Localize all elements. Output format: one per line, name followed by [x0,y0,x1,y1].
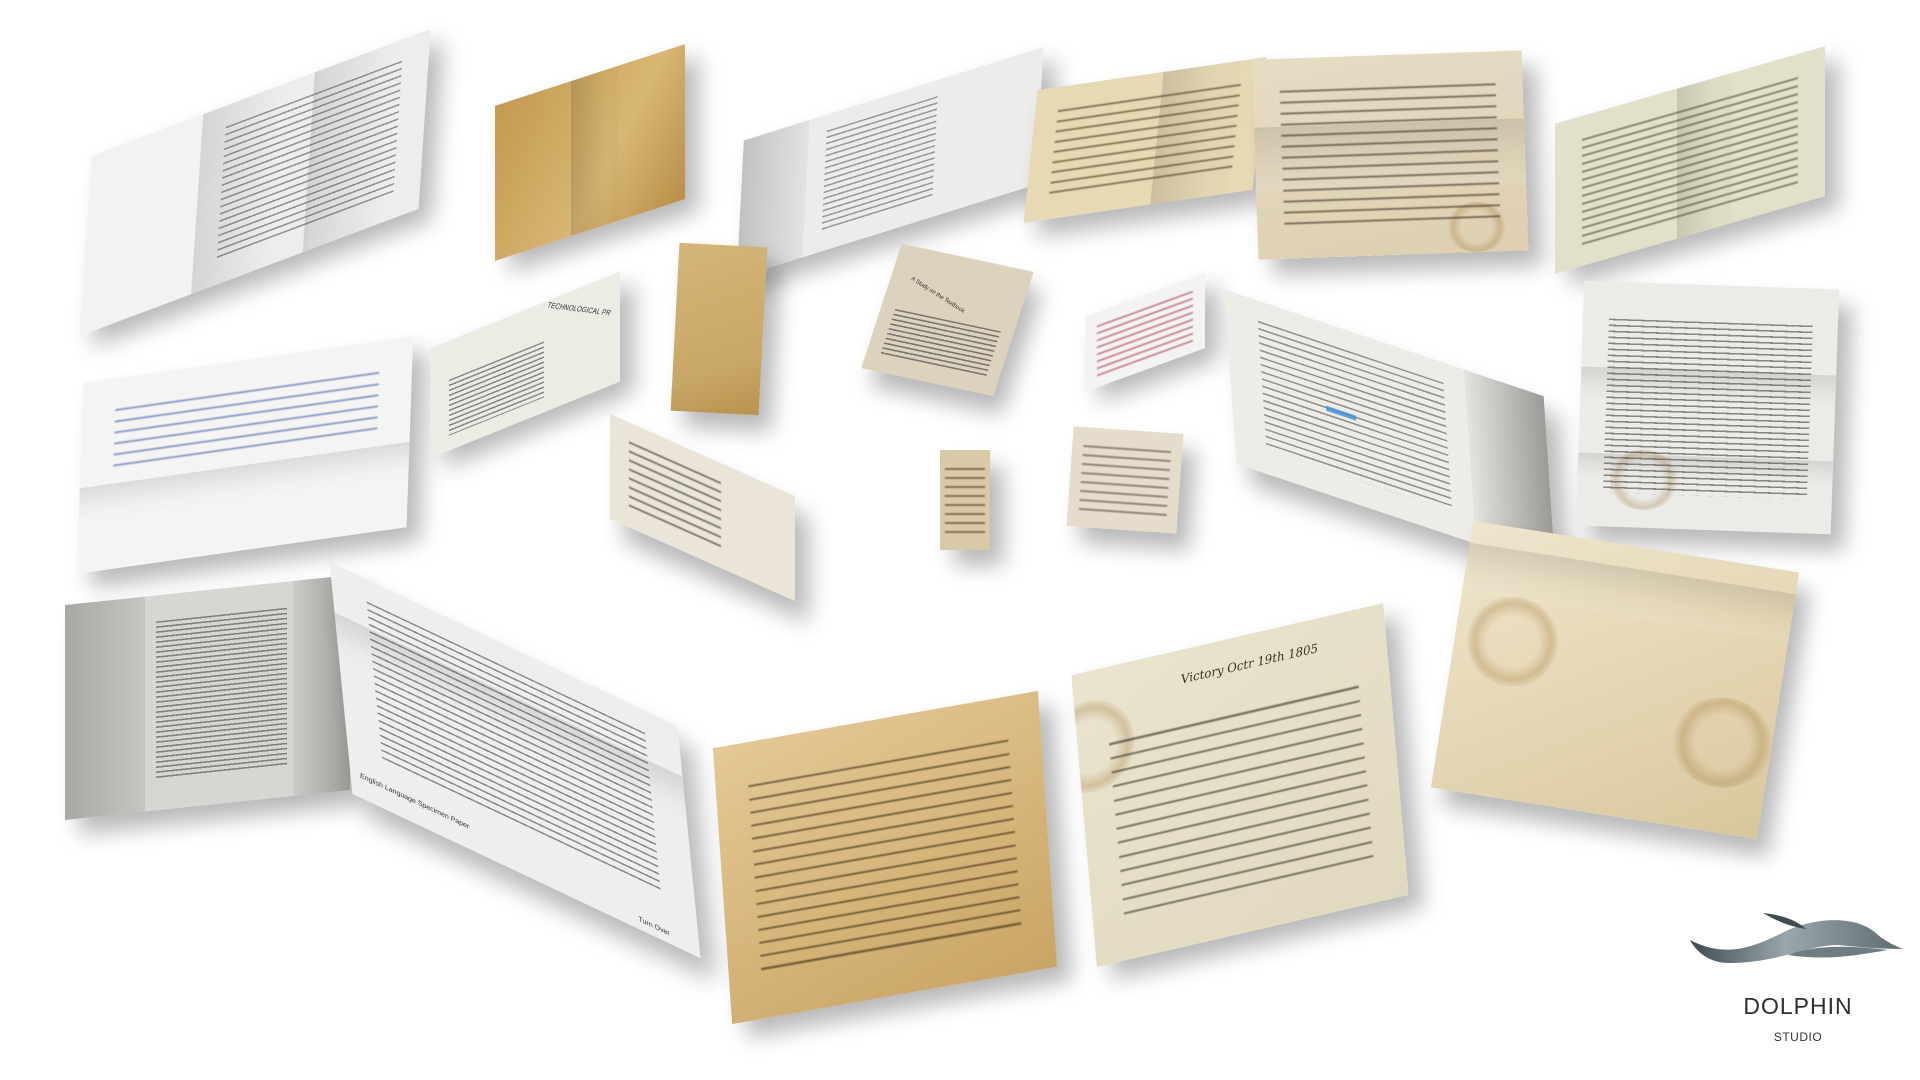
turn-over-label: Turn Over [638,916,670,938]
printed-stained-folded-paper [1576,281,1839,535]
handwritten-dated-letter: Victory Octr 19th 1805 [1071,603,1408,967]
handwritten-aged-folded-letter [1252,50,1529,259]
printed-gatefold-grey-paper [65,575,350,820]
aged-folded-strip [671,243,768,415]
handwritten-small-folded-beige [1067,426,1184,533]
printed-curled-article: A Study on the Textbook [861,244,1033,396]
logo-brand-text: DOLPHIN [1688,993,1908,1020]
printed-trifold-paper [79,29,430,336]
paper-collection-scene: TECHNOLOGICAL PR A Study on the Textbook [0,0,1920,1080]
letter-date-heading: Victory Octr 19th 1805 [1180,641,1318,687]
printed-folded-white-paper [737,47,1044,278]
handwritten-red-blue-note [1085,273,1205,392]
dolphin-icon [1688,905,1908,975]
document-heading: TECHNOLOGICAL PR [545,302,611,318]
handwritten-small-folded-note [610,414,795,601]
handwritten-zigzag-letter [1555,46,1825,273]
logo-subtitle-text: STUDIO [1688,1030,1908,1044]
aged-folded-card [495,44,685,261]
article-title: A Study on the Textbook [909,276,965,315]
printed-exam-paper: English Language Specimen Paper Turn Ove… [329,562,700,958]
handwritten-aged-parchment [713,691,1057,1024]
dolphin-studio-logo: DOLPHIN STUDIO [1688,905,1908,1055]
handwritten-tiny-strip [940,450,990,550]
printed-folded-card: TECHNOLOGICAL PR [430,272,620,459]
handwritten-folded-cream-letter [1024,57,1266,223]
handwritten-blue-ink-letter [77,336,413,574]
blank-stained-folded-sheet [1431,521,1799,839]
